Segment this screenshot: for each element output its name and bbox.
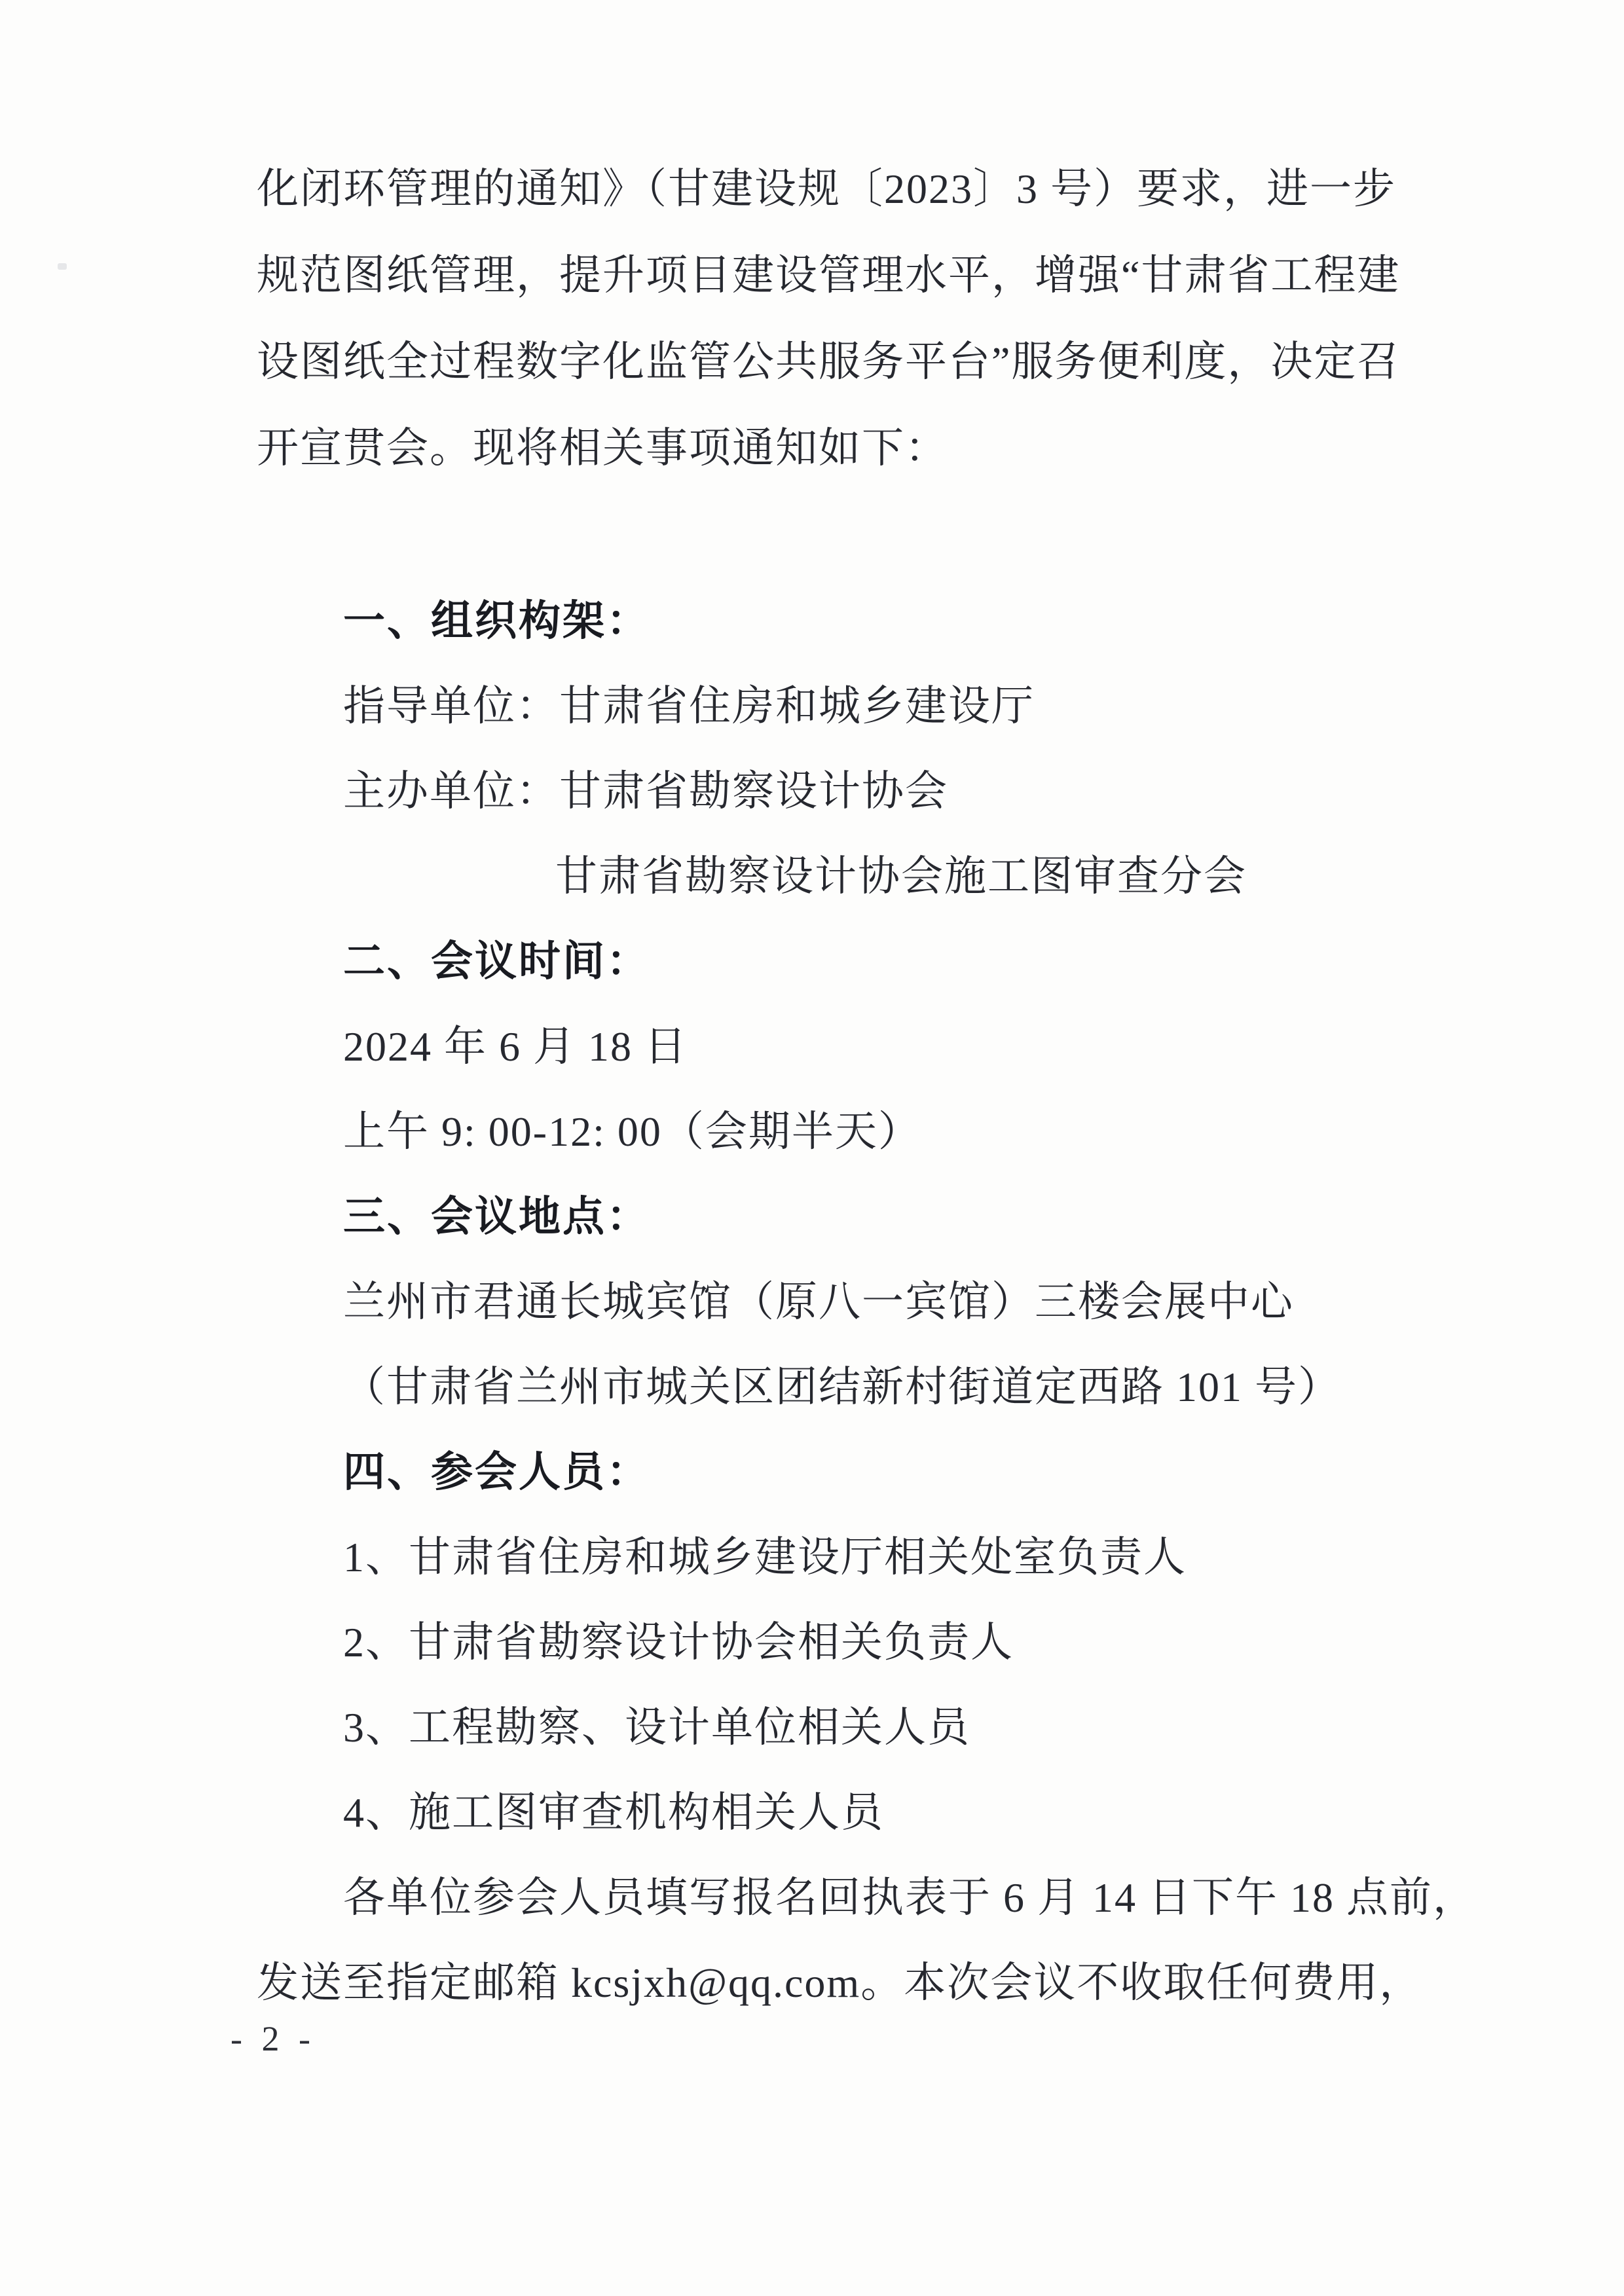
- page-number: - 2 -: [231, 2020, 316, 2057]
- attendee-item-3: 3、工程勘察、设计单位相关人员: [343, 1706, 970, 1749]
- meeting-date-line: 2024 年 6 月 18 日: [343, 1025, 688, 1068]
- venue-line: 兰州市君通长城宾馆（原八一宾馆）三楼会展中心: [343, 1281, 1294, 1324]
- attendee-item-4: 4、施工图审查机构相关人员: [343, 1791, 884, 1834]
- heading-organization: 一、组织构架：: [343, 600, 650, 643]
- venue-address-line: （甘肃省兰州市城关区团结新村街道定西路 101 号）: [343, 1366, 1341, 1409]
- intro-line-2: 规范图纸管理，提升项目建设管理水平，增强“甘肃省工程建: [257, 254, 1400, 297]
- heading-attendees: 四、参会人员：: [343, 1451, 650, 1494]
- registration-line-1: 各单位参会人员填写报名回执表于 6 月 14 日下午 18 点前，: [343, 1876, 1476, 1920]
- registration-line-2: 发送至指定邮箱 kcsjxh@qq.com。本次会议不收取任何费用，: [257, 1961, 1422, 2005]
- intro-line-4: 开宣贯会。现将相关事项通知如下：: [257, 427, 948, 470]
- meeting-hours-line: 上午 9: 00-12: 00（会期半天）: [343, 1110, 921, 1154]
- guiding-unit-line: 指导单位：甘肃省住房和城乡建设厅: [343, 685, 1035, 728]
- intro-line-1: 化闭环管理的通知》（甘建设规〔2023〕3 号）要求，进一步: [257, 168, 1396, 211]
- heading-meeting-time: 二、会议时间：: [343, 940, 650, 983]
- attendee-item-2: 2、甘肃省勘察设计协会相关负责人: [343, 1621, 1014, 1664]
- intro-line-3: 设图纸全过程数字化监管公共服务平台”服务便利度，决定召: [257, 340, 1400, 384]
- host-unit-line: 主办单位：甘肃省勘察设计协会: [343, 770, 948, 813]
- scan-artifact: [58, 263, 67, 270]
- document-page: 化闭环管理的通知》（甘建设规〔2023〕3 号）要求，进一步 规范图纸管理，提升…: [0, 0, 1624, 2296]
- heading-meeting-venue: 三、会议地点：: [343, 1195, 650, 1239]
- host-unit-line-2: 甘肃省勘察设计协会施工图审查分会: [555, 855, 1247, 898]
- attendee-item-1: 1、甘肃省住房和城乡建设厅相关处室负责人: [343, 1536, 1187, 1579]
